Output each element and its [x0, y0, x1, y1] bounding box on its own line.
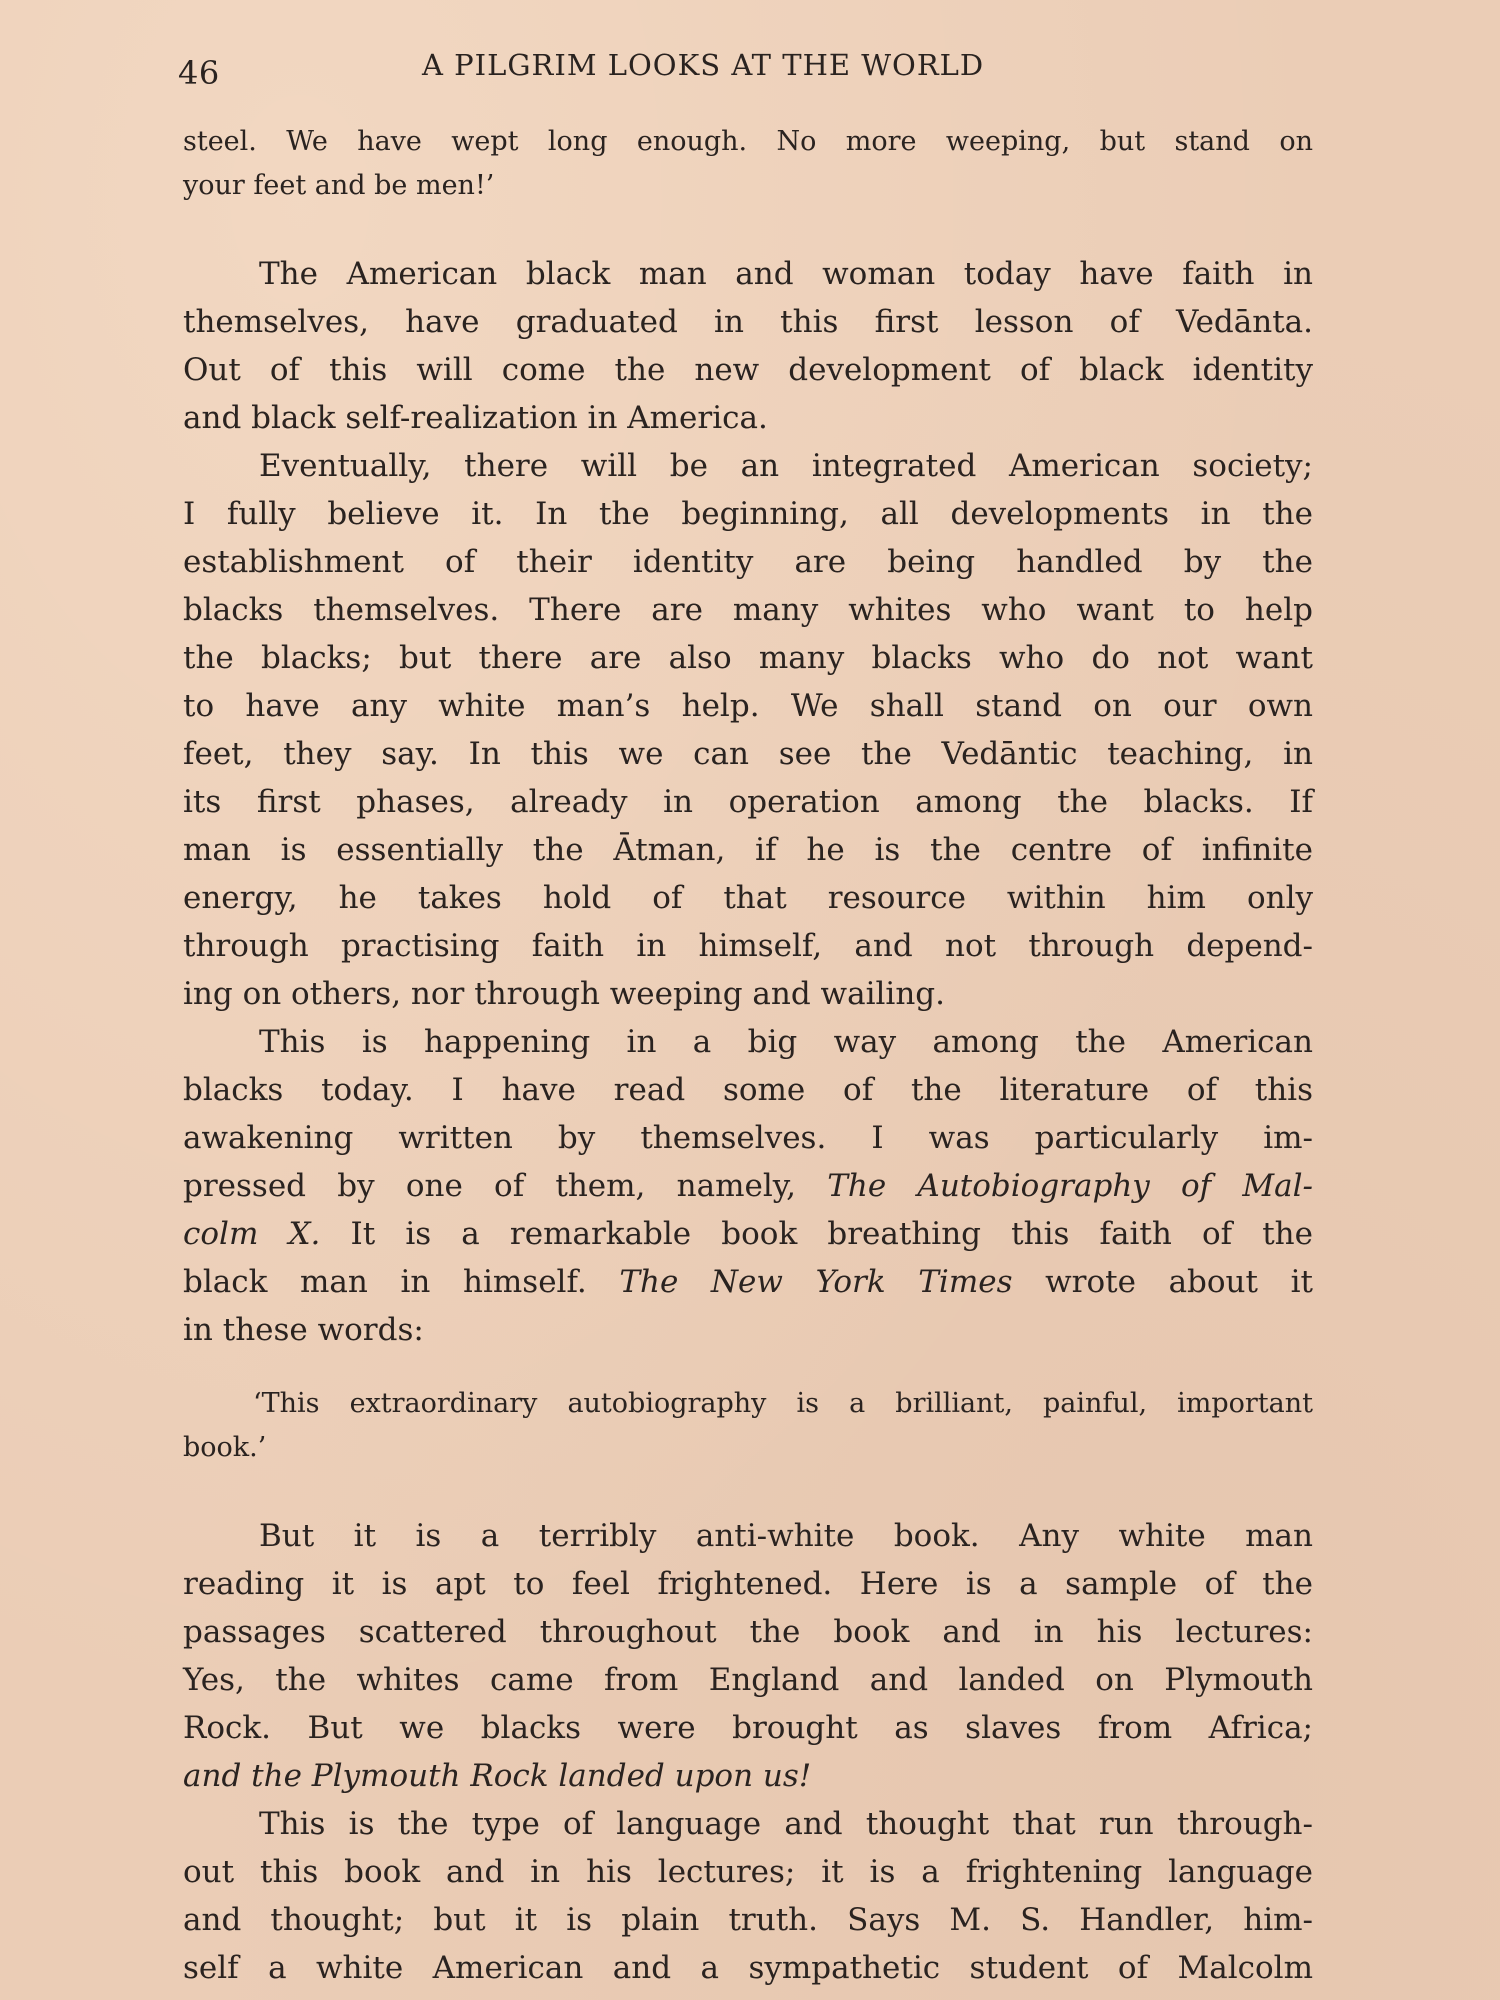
text-line: steel. We have wept long enough. No more…: [183, 120, 1313, 164]
text-line: Rock. But we blacks were brought as slav…: [183, 1704, 1313, 1752]
text-line: The American black man and woman today h…: [183, 250, 1313, 298]
book-title-italic: The Autobiography of Mal-: [827, 1168, 1313, 1204]
spacer: [183, 208, 1313, 250]
text-line: book.’: [183, 1426, 1313, 1470]
spacer: [183, 1354, 1313, 1382]
paragraph: This is the type of language and thought…: [183, 1800, 1313, 1992]
body-text: steel. We have wept long enough. No more…: [183, 120, 1313, 1992]
text-line: colm X. It is a remarkable book breathin…: [183, 1210, 1313, 1258]
text-line: pressed by one of them, namely, The Auto…: [183, 1162, 1313, 1210]
book-title-italic: colm X.: [183, 1216, 320, 1252]
continued-quote: steel. We have wept long enough. No more…: [183, 120, 1313, 208]
text-line: feet, they say. In this we can see the V…: [183, 730, 1313, 778]
newspaper-title-italic: The New York Times: [619, 1264, 1012, 1300]
text-line: self a white American and a sympathetic …: [183, 1944, 1313, 1992]
text-line: man is essentially the Ātman, if he is t…: [183, 826, 1313, 874]
text-line: to have any white man’s help. We shall s…: [183, 682, 1313, 730]
text-line: establishment of their identity are bein…: [183, 538, 1313, 586]
text-line: But it is a terribly anti-white book. An…: [183, 1512, 1313, 1560]
text-line: Eventually, there will be an integrated …: [183, 442, 1313, 490]
text-line: blacks themselves. There are many whites…: [183, 586, 1313, 634]
running-head: 46 A PILGRIM LOOKS AT THE WORLD: [178, 48, 1328, 98]
text-line: out this book and in his lectures; it is…: [183, 1848, 1313, 1896]
text-line: ing on others, nor through weeping and w…: [183, 970, 1313, 1018]
book-page: 46 A PILGRIM LOOKS AT THE WORLD steel. W…: [0, 0, 1500, 2000]
text-line: and thought; but it is plain truth. Says…: [183, 1896, 1313, 1944]
text-line: and the Plymouth Rock landed upon us!: [183, 1752, 1313, 1800]
text-run: pressed by one of them, namely,: [183, 1168, 827, 1204]
text-line: I fully believe it. In the beginning, al…: [183, 490, 1313, 538]
text-line: in these words:: [183, 1306, 1313, 1354]
text-line: reading it is apt to feel frightened. He…: [183, 1560, 1313, 1608]
text-line: its first phases, already in operation a…: [183, 778, 1313, 826]
text-line: your feet and be men!’: [183, 164, 1313, 208]
text-run: wrote about it: [1012, 1264, 1313, 1300]
running-title: A PILGRIM LOOKS AT THE WORLD: [422, 48, 984, 82]
spacer: [183, 1470, 1313, 1512]
text-line: blacks today. I have read some of the li…: [183, 1066, 1313, 1114]
text-run: black man in himself.: [183, 1264, 619, 1300]
text-line: the blacks; but there are also many blac…: [183, 634, 1313, 682]
page-number: 46: [178, 54, 220, 92]
paragraph: Eventually, there will be an integrated …: [183, 442, 1313, 1018]
text-line: energy, he takes hold of that resource w…: [183, 874, 1313, 922]
text-line: Yes, the whites came from England and la…: [183, 1656, 1313, 1704]
text-run: It is a remarkable book breathing this f…: [320, 1216, 1313, 1252]
text-line: black man in himself. The New York Times…: [183, 1258, 1313, 1306]
text-line: awakening written by themselves. I was p…: [183, 1114, 1313, 1162]
paragraph: But it is a terribly anti-white book. An…: [183, 1512, 1313, 1800]
text-line: ‘This extraordinary autobiography is a b…: [183, 1382, 1313, 1426]
text-line: Out of this will come the new developmen…: [183, 346, 1313, 394]
text-line: This is the type of language and thought…: [183, 1800, 1313, 1848]
text-line: This is happening in a big way among the…: [183, 1018, 1313, 1066]
text-line: passages scattered throughout the book a…: [183, 1608, 1313, 1656]
quote-italic: and the Plymouth Rock landed upon us!: [183, 1758, 811, 1794]
paragraph: The American black man and woman today h…: [183, 250, 1313, 442]
paragraph: This is happening in a big way among the…: [183, 1018, 1313, 1354]
text-line: through practising faith in himself, and…: [183, 922, 1313, 970]
text-line: themselves, have graduated in this first…: [183, 298, 1313, 346]
blockquote: ‘This extraordinary autobiography is a b…: [183, 1382, 1313, 1470]
text-line: and black self-realization in America.: [183, 394, 1313, 442]
